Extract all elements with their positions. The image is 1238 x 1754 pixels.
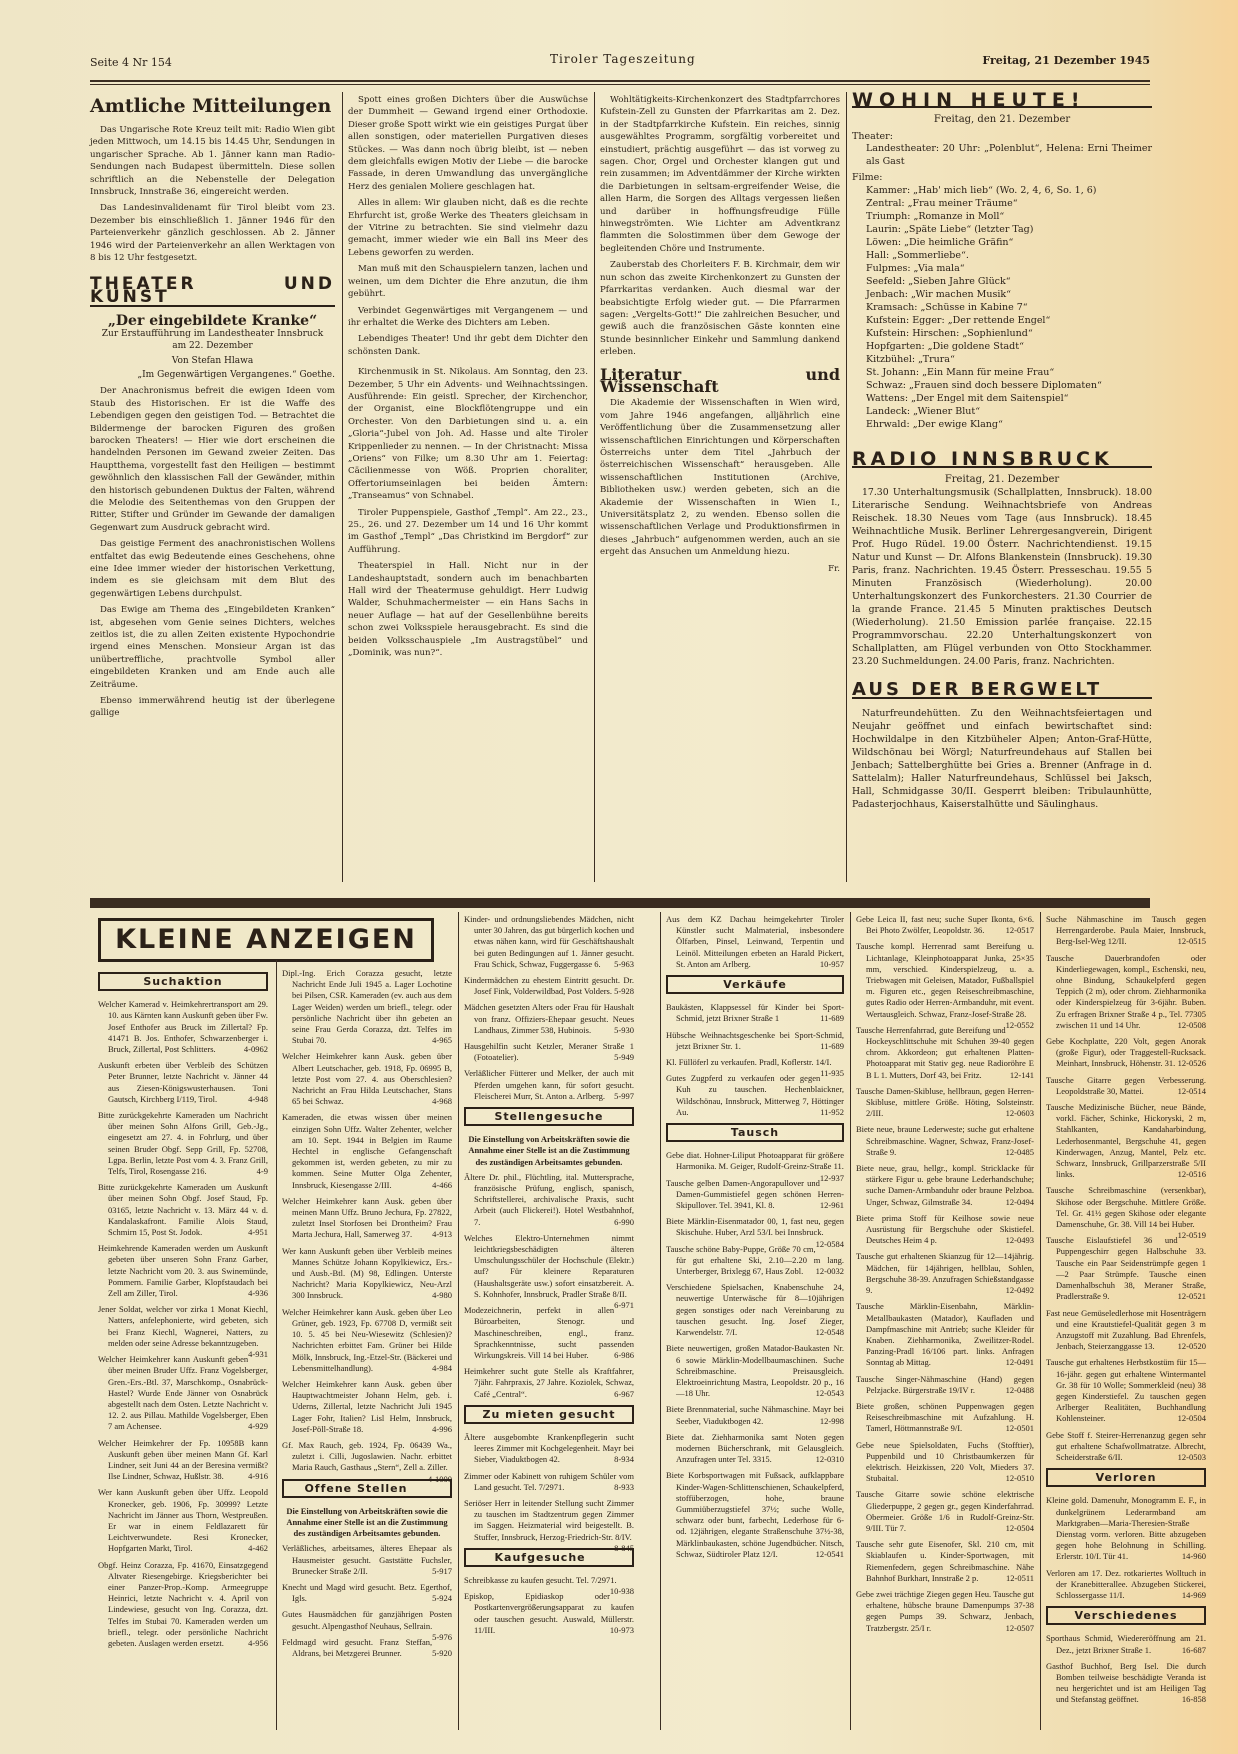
article-title: „Der eingebildete Kranke“ [90, 315, 335, 327]
ad-code: 5-928 [614, 986, 634, 997]
theater-section-title: THEATER UND KUNST [90, 278, 335, 307]
ad-code: 12-0508 [1178, 1020, 1206, 1031]
ad-text: Heimkehrer sucht gute Stelle als Kraftfa… [464, 1366, 634, 1398]
ad-text: Gebe diat. Hohner-Liliput Photoapparat f… [666, 1150, 844, 1171]
classified-ad: Biete Korbsportwagen mit Fußsack, aufkla… [666, 1470, 844, 1560]
classified-ad: Knecht und Magd wird gesucht. Betz. Eger… [282, 1582, 452, 1604]
classified-ad: Welcher Heimkehrer kann Ausk. geben über… [282, 1307, 452, 1374]
ad-text: Tausche kompl. Herrenrad samt Bereifung … [856, 941, 1034, 1018]
classified-ad: Sporthaus Schmid, Wiedereröffnung am 21.… [1046, 1633, 1206, 1655]
ads-column-1: Suchaktion Welcher Kamerad v. Heimkehrer… [98, 968, 268, 1654]
ad-text: Biete Märklin-Eisenmatador 00, 1, fast n… [666, 1216, 844, 1237]
classified-ad: Gebe Kochplatte, 220 Volt, gegen Anorak … [1046, 1036, 1206, 1070]
verschiedenes-ads: Sporthaus Schmid, Wiedereröffnung am 21.… [1046, 1633, 1206, 1705]
article-paragraph: Das geistige Ferment des anachronistisch… [90, 538, 335, 600]
ad-text: Episkop, Epidiaskop oder Postkartenvergr… [464, 1591, 634, 1635]
ad-text: Kindermädchen zu ehestem Eintritt gesuch… [464, 975, 634, 996]
article-epigraph: „Im Gegenwärtigen Vergangenes.“ Goethe. [90, 369, 335, 381]
classified-ad: Baukästen, Klappsessel für Kinder bei Sp… [666, 1002, 844, 1024]
classified-ad: Welcher Heimkehrer der Fp. 10958B kann A… [98, 1438, 268, 1483]
kaufgesuche-heading: Kaufgesuche [464, 1548, 634, 1567]
film-listing: Zentral: „Frau meiner Träume“ [852, 197, 1152, 210]
ad-code: 4-968 [432, 1096, 452, 1107]
misc-ads: Aus dem KZ Dachau heimgekehrter Tiroler … [666, 914, 844, 970]
ad-code: 12-0511 [1006, 1573, 1034, 1584]
classified-ad: Wer kann Auskunft geben über Verbleib me… [282, 1246, 452, 1302]
theater-label: Theater: [852, 131, 1152, 143]
film-listing: Hall: „Sommerliebe“. [852, 249, 1152, 262]
verkaeufe-ads: Baukästen, Klappsessel für Kinder bei Sp… [666, 1002, 844, 1118]
article-paragraph: Verbindet Gegenwärtiges mit Vergangenem … [348, 305, 588, 330]
tausch-ads-continued: Gebe Leica II, fast neu; suche Super Iko… [856, 914, 1034, 1634]
verkaeufe-heading: Verkäufe [666, 975, 844, 994]
ad-code: 12-0507 [1006, 1623, 1034, 1634]
bergwelt-heading: AUS DER BERGWELT [852, 684, 1152, 698]
ad-text: Welcher Kamerad v. Heimkehrertransport a… [98, 999, 268, 1054]
stellengesuche-heading: Stellengesuche [464, 1107, 634, 1126]
literatur-paragraph: Die Akademie der Wissenschaften in Wien … [600, 397, 840, 558]
ad-code: 4-913 [432, 1229, 452, 1240]
film-listing: Kitzbühel: „Trura“ [852, 353, 1152, 366]
ad-code: 12-0501 [1006, 1423, 1034, 1434]
column-divider [594, 92, 595, 882]
ad-text: Kl. Füllöferl zu verkaufen. Pradl, Kofle… [666, 1057, 831, 1067]
ad-text: Dipl.-Ing. Erich Corazza gesucht, letzte… [282, 968, 452, 1045]
ad-code: 12-0504 [1178, 1413, 1206, 1424]
ad-code: 10-957 [820, 959, 844, 970]
ad-code: 12-0519 [1178, 1230, 1206, 1241]
ad-code: 12-0520 [1178, 1341, 1206, 1352]
film-listing: Landeck: „Wiener Blut“ [852, 405, 1152, 418]
radio-date: Freitag, 21. Dezember [852, 474, 1152, 486]
ad-code: 12-0493 [1006, 1235, 1034, 1246]
classified-ad: Tausche sehr gute Eisenofer, Skl. 210 cm… [856, 1539, 1034, 1584]
classified-ad: Tausche kompl. Herrenrad samt Bereifung … [856, 941, 1034, 1019]
film-listing: Kramsach: „Schüsse in Kabine 7“ [852, 301, 1152, 314]
ad-code: 16-687 [1182, 1645, 1206, 1656]
ad-text: Welcher Heimkehrer der Fp. 10958B kann A… [98, 1438, 268, 1482]
classified-ad: Zimmer oder Kabinett von ruhigem Schüler… [464, 1471, 634, 1493]
ad-code: 16-858 [1182, 1694, 1206, 1705]
ad-code: 4-996 [432, 1424, 452, 1435]
offene-stellen-ads: Verläßliches, arbeitsames, älteres Ehepa… [282, 1543, 452, 1659]
zu-mieten-ads: Ältere ausgebombte Krankenpflegerin such… [464, 1432, 634, 1543]
classified-ad: Dipl.-Ing. Erich Corazza gesucht, letzte… [282, 968, 452, 1046]
ad-text: Feldmagd wird gesucht. Franz Steffan, Al… [282, 1637, 432, 1658]
ad-text: Kinder- und ordnungsliebendes Mädchen, n… [464, 914, 634, 969]
ad-code: 12-0521 [1178, 1291, 1206, 1302]
classified-ad: Tausche Schreibmaschine (versenkbar), Sk… [1046, 1185, 1206, 1230]
column-divider [342, 92, 343, 882]
classified-ad: Kameraden, die etwas wissen über meinen … [282, 1112, 452, 1190]
theaterspiel-notice: Theaterspiel in Hall. Nicht nur in der L… [348, 560, 588, 659]
ad-code: 4-948 [248, 1094, 268, 1105]
ad-code: 5-917 [432, 1566, 452, 1577]
verloren-ads: Kleine gold. Damenuhr, Monogramm E. F., … [1046, 1495, 1206, 1601]
ad-code: 12-0584 [816, 1239, 844, 1250]
ad-text: Auskunft erbeten über Verbleib des Schüt… [98, 1060, 268, 1104]
ad-code: 12-0491 [1006, 1357, 1034, 1368]
ad-code: 12-0548 [816, 1327, 844, 1338]
film-listing: Seefeld: „Sieben Jahre Glück“ [852, 275, 1152, 288]
suchaktion-ads-continued: Dipl.-Ing. Erich Corazza gesucht, letzte… [282, 968, 452, 1474]
classified-ad: Gebe neue Spielsoldaten, Fuchs (Stofftie… [856, 1440, 1034, 1485]
classified-ad: Tausche gut erhaltenes Herbstkostüm für … [1046, 1357, 1206, 1424]
column-divider [850, 912, 851, 1730]
film-listing: Fulpmes: „Via mala“ [852, 262, 1152, 275]
film-listing: Jenbach: „Wir machen Musik“ [852, 288, 1152, 301]
classified-ad: Welcher Heimkehrer kann Ausk. geben über… [282, 1196, 452, 1241]
ad-code: 4-929 [248, 1421, 268, 1432]
ad-code: 4-916 [248, 1471, 268, 1482]
classified-ad: Biete neue, braune Lederweste; suche gut… [856, 1124, 1034, 1158]
ad-code: 12-0541 [816, 1549, 844, 1560]
ad-text: Welches Elektro-Unternehmen nimmt leicht… [464, 1233, 634, 1299]
film-listing: Triumph: „Romanze in Moll“ [852, 210, 1152, 223]
classified-ad: Mädchen gesetzten Alters oder Frau für H… [464, 1002, 634, 1036]
amtliche-heading: Amtliche Mitteilungen [90, 94, 335, 118]
ad-code: 4-956 [248, 1638, 268, 1649]
classified-ad: Hausgehilfin sucht Ketzler, Meraner Stra… [464, 1041, 634, 1063]
ad-code: 12-0517 [1006, 925, 1034, 936]
article-signature: Fr. [600, 563, 840, 575]
classified-ad: Welcher Heimkehrer kann Auskunft geben ü… [98, 1354, 268, 1432]
ad-text: Verläßlicher Fütterer und Melker, der au… [464, 1068, 634, 1100]
ad-code: 12-0603 [1006, 1108, 1034, 1119]
classified-ad: Wer kann Auskunft geben über Uffz. Leopo… [98, 1487, 268, 1554]
ad-code: 12-0514 [1178, 1086, 1206, 1097]
ad-code: 10-938 [610, 1586, 634, 1597]
ad-text: Mädchen gesetzten Alters oder Frau für H… [464, 1002, 634, 1034]
ad-text: Schreibkasse zu kaufen gesucht. Tel. 7/2… [464, 1575, 617, 1585]
classified-ad: Gasthof Buchhof, Berg Isel. Die durch Bo… [1046, 1661, 1206, 1706]
film-listing: St. Johann: „Ein Mann für meine Frau“ [852, 366, 1152, 379]
ad-text: Wer kann Auskunft geben über Verbleib me… [282, 1246, 452, 1301]
konzert-notice: Wohltätigkeits-Kirchenkonzert des Stadtp… [600, 94, 840, 255]
amtliche-paragraph: Das Ungarische Rote Kreuz teilt mit: Rad… [90, 124, 335, 198]
ad-code: 8-845 [614, 1543, 634, 1554]
classified-ad: Modezeichnerin, perfekt in allen Büroarb… [464, 1305, 634, 1361]
ad-code: 4-466 [432, 1180, 452, 1191]
classified-ad: Auskunft erbeten über Verbleib des Schüt… [98, 1060, 268, 1105]
filme-list: Kammer: „Hab' mich lieb“ (Wo. 2, 4, 6, S… [852, 184, 1152, 431]
suchaktion-heading: Suchaktion [98, 972, 268, 991]
offene-stellen-heading: Offene Stellen [282, 1479, 452, 1498]
classified-ad: Gutes Hausmädchen für ganzjährigen Poste… [282, 1609, 452, 1631]
ads-column-2: Dipl.-Ing. Erich Corazza gesucht, letzte… [282, 968, 452, 1664]
ad-code: 12-0032 [816, 1266, 844, 1277]
ad-code: 12-0552 [1006, 1020, 1034, 1031]
ad-text: Modezeichnerin, perfekt in allen Büroarb… [464, 1305, 634, 1360]
ad-text: Bitte zurückgekehrte Kameraden um Auskun… [98, 1182, 268, 1237]
classified-ad: Biete Brennmaterial, suche Nähmaschine. … [666, 1404, 844, 1426]
ad-text: Obgf. Heinz Corazza, Fp. 41670, Einsatzg… [98, 1560, 268, 1648]
classified-ad: Gutes Zugpferd zu verkaufen oder gegen K… [666, 1073, 844, 1118]
ad-code: 12-0543 [816, 1388, 844, 1399]
ad-code: 10-973 [610, 1625, 634, 1636]
classified-ad: Gebe diat. Hohner-Liliput Photoapparat f… [666, 1150, 844, 1172]
ad-text: Hausgehilfin sucht Ketzler, Meraner Stra… [464, 1041, 634, 1062]
filme-label: Filme: [852, 172, 1152, 184]
classified-ad: Heimkehrende Kameraden werden um Auskunf… [98, 1243, 268, 1299]
ad-code: 12-0515 [1178, 936, 1206, 947]
article-paragraph: Lebendiges Theater! Und ihr gebt dem Dic… [348, 333, 588, 358]
ad-code: 12-0503 [1178, 1452, 1206, 1463]
ad-code: 12-0485 [1006, 1147, 1034, 1158]
konzert-notice-end: Zauberstab des Chorleiters F. B. Kirchma… [600, 259, 840, 358]
ad-text: Tausche Herrenfahrrad, gute Bereifung un… [856, 1025, 1034, 1080]
classified-ad: Tausche gelben Damen-Angorapullover und … [666, 1178, 844, 1212]
verschiedenes-heading: Verschiedenes [1046, 1606, 1206, 1625]
classified-ad: Welches Elektro-Unternehmen nimmt leicht… [464, 1233, 634, 1300]
radio-heading: RADIO INNSBRUCK [852, 453, 1152, 467]
ad-text: Hübsche Weihnachtsgeschenke bei Sport-Sc… [666, 1030, 844, 1051]
ad-text: Verläßliches, arbeitsames, älteres Ehepa… [282, 1543, 452, 1575]
classified-ad: Kl. Füllöferl zu verkaufen. Pradl, Kofle… [666, 1057, 844, 1068]
ad-code: 6-990 [614, 1217, 634, 1228]
ad-text: Ältere ausgebombte Krankenpflegerin such… [464, 1432, 634, 1464]
stellengesuche-notice: Die Einstellung von Arbeitskräften sowie… [464, 1134, 634, 1168]
ad-code: 5-924 [432, 1593, 452, 1604]
ad-text: Knecht und Magd wird gesucht. Betz. Eger… [282, 1582, 452, 1603]
classified-ad: Gebe zwei trächtige Ziegen gegen Heu. Ta… [856, 1589, 1034, 1634]
classified-ad: Obgf. Heinz Corazza, Fp. 41670, Einsatzg… [98, 1560, 268, 1650]
ad-code: 12-961 [820, 1200, 844, 1211]
bergwelt-text: Naturfreundehütten. Zu den Weihnachtsfei… [852, 707, 1152, 811]
ad-code: 12-0504 [1006, 1523, 1034, 1534]
film-listing: Kufstein: Egger: „Der rettende Engel“ [852, 314, 1152, 327]
ad-text: Seriöser Herr in leitender Stellung such… [464, 1498, 634, 1542]
ad-text: Welcher Heimkehrer kann Ausk. geben über… [282, 1051, 452, 1106]
film-listing: Kammer: „Hab' mich lieb“ (Wo. 2, 4, 6, S… [852, 184, 1152, 197]
article-paragraph: Das Ewige am Thema des „Eingebildeten Kr… [90, 604, 335, 691]
film-listing: Wattens: „Der Engel mit dem Saitenspiel“ [852, 392, 1152, 405]
ad-code: 12-0494 [1006, 1197, 1034, 1208]
ad-code: 4-931 [248, 1349, 268, 1360]
classified-ad: Welcher Kamerad v. Heimkehrertransport a… [98, 999, 268, 1055]
masthead-rule [90, 80, 1150, 82]
offene-stellen-ads-continued: Kinder- und ordnungsliebendes Mädchen, n… [464, 914, 634, 1102]
ad-text: Bitte zurückgekehrte Kameraden um Nachri… [98, 1110, 268, 1176]
classified-ad: Ältere Dr. phil., Flüchtling, ital. Mutt… [464, 1172, 634, 1228]
article-paragraph: Der Anachronismus befreit die ewigen Ide… [90, 385, 335, 534]
column-1: Amtliche Mitteilungen Das Ungarische Rot… [90, 94, 335, 724]
ad-code: 12-937 [820, 1173, 844, 1184]
wohin-date: Freitag, den 21. Dezember [852, 114, 1152, 126]
masthead-rule-thin [90, 84, 1150, 85]
kaufgesuche-ads: Schreibkasse zu kaufen gesucht. Tel. 7/2… [464, 1575, 634, 1636]
ad-code: 4-951 [248, 1227, 268, 1238]
classified-ad: Gf. Max Rauch, geb. 1924, Fp. 06439 Wa.,… [282, 1440, 452, 1474]
ad-text: Ältere Dr. phil., Flüchtling, ital. Mutt… [464, 1172, 634, 1227]
film-listing: Schwaz: „Frauen sind doch bessere Diplom… [852, 379, 1152, 392]
classified-ad: Verloren am 17. Dez. rotkariertes Wolltu… [1046, 1568, 1206, 1602]
ad-code: 5-930 [614, 1025, 634, 1036]
column-divider [276, 960, 277, 1730]
ad-code: 11-935 [820, 1068, 844, 1079]
ad-code: 12-998 [820, 1416, 844, 1427]
ads-column-4: Aus dem KZ Dachau heimgekehrter Tiroler … [666, 914, 844, 1565]
kleine-anzeigen-banner: KLEINE ANZEIGEN [98, 918, 434, 962]
ad-text: Welcher Heimkehrer kann Auskunft geben ü… [98, 1354, 268, 1431]
ad-code: 8-933 [614, 1482, 634, 1493]
classified-ad: Tausche Gitarre gegen Verbesserung. Leop… [1046, 1075, 1206, 1097]
literatur-heading: Literatur und Wissenschaft [600, 369, 840, 394]
classified-ad: Verschiedene Spielsachen, Knabenschuhe 2… [666, 1282, 844, 1338]
classified-ad: Biete neue, grau, hellgr., kompl. Strick… [856, 1163, 1034, 1208]
ad-code: 8-934 [614, 1454, 634, 1465]
theater-entry: Landestheater: 20 Uhr: „Polenblut“, Hele… [852, 143, 1152, 168]
classified-ad: Feldmagd wird gesucht. Franz Steffan, Al… [282, 1637, 452, 1659]
ad-text: Aus dem KZ Dachau heimgekehrter Tiroler … [666, 914, 844, 969]
ad-code: 11-952 [820, 1107, 844, 1118]
ad-code: 12-0516 [1178, 1169, 1206, 1180]
ad-code: 4-980 [432, 1290, 452, 1301]
suchaktion-ads: Welcher Kamerad v. Heimkehrertransport a… [98, 999, 268, 1649]
page-number: Seite 4 Nr 154 [90, 56, 172, 69]
classified-ad: Gebe Stoff f. Steirer-Herrenanzug gegen … [1046, 1430, 1206, 1464]
classified-ad: Biete prima Stoff für Keilhose sowie neu… [856, 1213, 1034, 1247]
classified-ad: Jener Soldat, welcher vor zirka 1 Monat … [98, 1304, 268, 1349]
classified-ad: Tausche Märklin-Eisenbahn, Märklin-Metal… [856, 1301, 1034, 1368]
classified-ad: Seriöser Herr in leitender Stellung such… [464, 1498, 634, 1543]
classified-ad: Ältere ausgebombte Krankenpflegerin such… [464, 1432, 634, 1466]
film-listing: Hopfgarten: „Die goldene Stadt“ [852, 340, 1152, 353]
ads-column-6: Suche Nähmaschine im Tausch gegen Herren… [1046, 914, 1206, 1711]
classified-ad: Tausche gut erhaltenen Skianzug für 12—1… [856, 1251, 1034, 1296]
ad-code: 5-976 [432, 1632, 452, 1643]
ad-code: 5-963 [614, 959, 634, 970]
puppenspiele-notice: Tiroler Puppenspiele, Gasthof „Templ“. A… [348, 507, 588, 557]
classified-ad: Biete Märklin-Eisenmatador 00, 1, fast n… [666, 1216, 844, 1238]
section-divider-bar [90, 898, 1150, 908]
ad-code: 4-9 [257, 1166, 268, 1177]
article-paragraph: Alles in allem: Wir glauben nicht, daß e… [348, 197, 588, 259]
tausch-heading: Tausch [666, 1123, 844, 1142]
column-divider [1040, 912, 1041, 1730]
newspaper-page: Seite 4 Nr 154 Tiroler Tageszeitung Frei… [0, 0, 1238, 1754]
ad-text: Wer kann Auskunft geben über Uffz. Leopo… [98, 1487, 268, 1553]
ad-code: 5-920 [432, 1648, 452, 1659]
amtliche-paragraph: Das Landesinvalidenamt für Tirol bleibt … [90, 202, 335, 264]
article-author: Von Stefan Hlawa [90, 355, 335, 367]
column-3: Wohltätigkeits-Kirchenkonzert des Stadtp… [600, 94, 840, 575]
classified-ad: Aus dem KZ Dachau heimgekehrter Tiroler … [666, 914, 844, 970]
ad-code: 12-0310 [816, 1454, 844, 1465]
classified-ad: Tausche Damen-Skibluse, hellbraun, gegen… [856, 1086, 1034, 1120]
classified-ad: Verläßlicher Fütterer und Melker, der au… [464, 1068, 634, 1102]
tausch-ads: Gebe diat. Hohner-Liliput Photoapparat f… [666, 1150, 844, 1560]
ad-text: Welcher Heimkehrer kann Ausk. geben über… [282, 1379, 452, 1434]
ad-text: Tausche Schreibmaschine (versenkbar), Sk… [1046, 1185, 1206, 1229]
ad-code: 5-949 [614, 1052, 634, 1063]
ad-code: 14-960 [1182, 1551, 1206, 1562]
ad-code: 11-689 [820, 1041, 844, 1052]
ad-text: Tausche gelben Damen-Angorapullover und … [666, 1178, 844, 1210]
classified-ad: Tausche Eislaufstiefel 36 und Puppengesc… [1046, 1235, 1206, 1302]
issue-date: Freitag, 21 Dezember 1945 [982, 54, 1150, 67]
radio-program: 17.30 Unterhaltungsmusik (Schallplatten,… [852, 486, 1152, 668]
film-listing: Ehrwald: „Der ewige Klang“ [852, 418, 1152, 431]
ad-code: 6-986 [614, 1350, 634, 1361]
classified-ad: Schreibkasse zu kaufen gesucht. Tel. 7/2… [464, 1575, 634, 1586]
ad-code: 12-141 [1010, 1070, 1034, 1081]
ad-text: Baukästen, Klappsessel für Kinder bei Sp… [666, 1002, 844, 1023]
ad-code: 12-0510 [1006, 1473, 1034, 1484]
classified-ad: Bitte zurückgekehrte Kameraden um Auskun… [98, 1182, 268, 1238]
classified-ad: Welcher Heimkehrer kann Ausk. geben über… [282, 1051, 452, 1107]
classified-ad: Hübsche Weihnachtsgeschenke bei Sport-Sc… [666, 1030, 844, 1052]
offene-stellen-notice: Die Einstellung von Arbeitskräften sowie… [282, 1506, 452, 1540]
ad-code: 12-0526 [1178, 1058, 1206, 1069]
classified-ad: Tausche Herrenfahrrad, gute Bereifung un… [856, 1025, 1034, 1081]
film-listing: Löwen: „Die heimliche Gräfin“ [852, 236, 1152, 249]
classified-ad: Gebe Leica II, fast neu; suche Super Iko… [856, 914, 1034, 936]
ad-text: Gf. Max Rauch, geb. 1924, Fp. 06439 Wa.,… [282, 1440, 452, 1472]
article-paragraph: Spott eines großen Dichters über die Aus… [348, 94, 588, 193]
ad-text: Gutes Hausmädchen für ganzjährigen Poste… [282, 1609, 452, 1630]
classified-ad: Bitte zurückgekehrte Kameraden um Nachri… [98, 1110, 268, 1177]
ad-code: 5-997 [614, 1091, 634, 1102]
classified-ad: Kinder- und ordnungsliebendes Mädchen, n… [464, 914, 634, 970]
ad-code: 4-965 [432, 1035, 452, 1046]
masthead: Seite 4 Nr 154 Tiroler Tageszeitung Frei… [90, 48, 1150, 78]
ads-column-3: Kinder- und ordnungsliebendes Mädchen, n… [464, 914, 634, 1641]
ad-code: 4-0962 [244, 1044, 268, 1055]
ad-text: Gutes Zugpferd zu verkaufen oder gegen K… [666, 1073, 844, 1117]
article-subtitle: am 22. Dezember [90, 340, 335, 352]
ad-code: 4-936 [248, 1288, 268, 1299]
wohin-heute-heading: WOHIN HEUTE! [852, 94, 1152, 108]
classified-ad: Tausche Dauerbrandofen oder Kinderliegew… [1046, 953, 1206, 1031]
column-divider [660, 912, 661, 1730]
stellengesuche-ads: Ältere Dr. phil., Flüchtling, ital. Mutt… [464, 1172, 634, 1400]
ad-code: 14-969 [1182, 1590, 1206, 1601]
tausch-ads-continued: Suche Nähmaschine im Tausch gegen Herren… [1046, 914, 1206, 1463]
classified-ad: Tausche Gitarre sowie schöne elektrische… [856, 1489, 1034, 1534]
column-divider [458, 912, 459, 1730]
ad-text: Tausche Medizinische Bücher, neue Bände,… [1046, 1102, 1206, 1179]
ad-text: Biete Brennmaterial, suche Nähmaschine. … [666, 1404, 844, 1425]
classified-ad: Heimkehrer sucht gute Stelle als Kraftfa… [464, 1366, 634, 1400]
classified-ad: Verläßliches, arbeitsames, älteres Ehepa… [282, 1543, 452, 1577]
zu-mieten-heading: Zu mieten gesucht [464, 1405, 634, 1424]
ad-text: Kameraden, die etwas wissen über meinen … [282, 1112, 452, 1189]
ad-code: 4-1000 [428, 1474, 452, 1485]
ad-text: Zimmer oder Kabinett von ruhigem Schüler… [464, 1471, 634, 1492]
classified-ad: Biete dat. Ziehharmonika samt Noten gege… [666, 1432, 844, 1466]
classified-ad: Kindermädchen zu ehestem Eintritt gesuch… [464, 975, 634, 997]
ad-text: Heimkehrende Kameraden werden um Auskunf… [98, 1243, 268, 1298]
classified-ad: Tausche Singer-Nähmaschine (Hand) gegen … [856, 1374, 1034, 1396]
verloren-heading: Verloren [1046, 1468, 1206, 1487]
kirchenmusik-notice: Kirchenmusik in St. Nikolaus. Am Sonntag… [348, 366, 588, 502]
ad-text: Tausche Dauerbrandofen oder Kinderliegew… [1046, 953, 1206, 1030]
newspaper-title: Tiroler Tageszeitung [550, 52, 696, 66]
column-divider [846, 92, 847, 882]
ad-code: 11-689 [820, 1013, 844, 1024]
film-listing: Laurin: „Späte Liebe“ (letzter Tag) [852, 223, 1152, 236]
classified-ad: Suche Nähmaschine im Tausch gegen Herren… [1046, 914, 1206, 948]
ad-text: Biete Korbsportwagen mit Fußsack, aufkla… [666, 1470, 844, 1558]
column-4: WOHIN HEUTE! Freitag, den 21. Dezember T… [852, 94, 1152, 815]
article-subtitle: Zur Erstaufführung im Landestheater Inns… [90, 328, 335, 340]
classified-ad: Biete großen, schönen Puppenwagen gegen … [856, 1401, 1034, 1435]
ad-text: Jener Soldat, welcher vor zirka 1 Monat … [98, 1304, 268, 1348]
classified-ad: Fast neue Gemüseledlerhose mit Hosenträg… [1046, 1308, 1206, 1353]
ad-code: 12-0492 [1006, 1285, 1034, 1296]
ad-text: Welcher Heimkehrer kann Ausk. geben über… [282, 1196, 452, 1240]
